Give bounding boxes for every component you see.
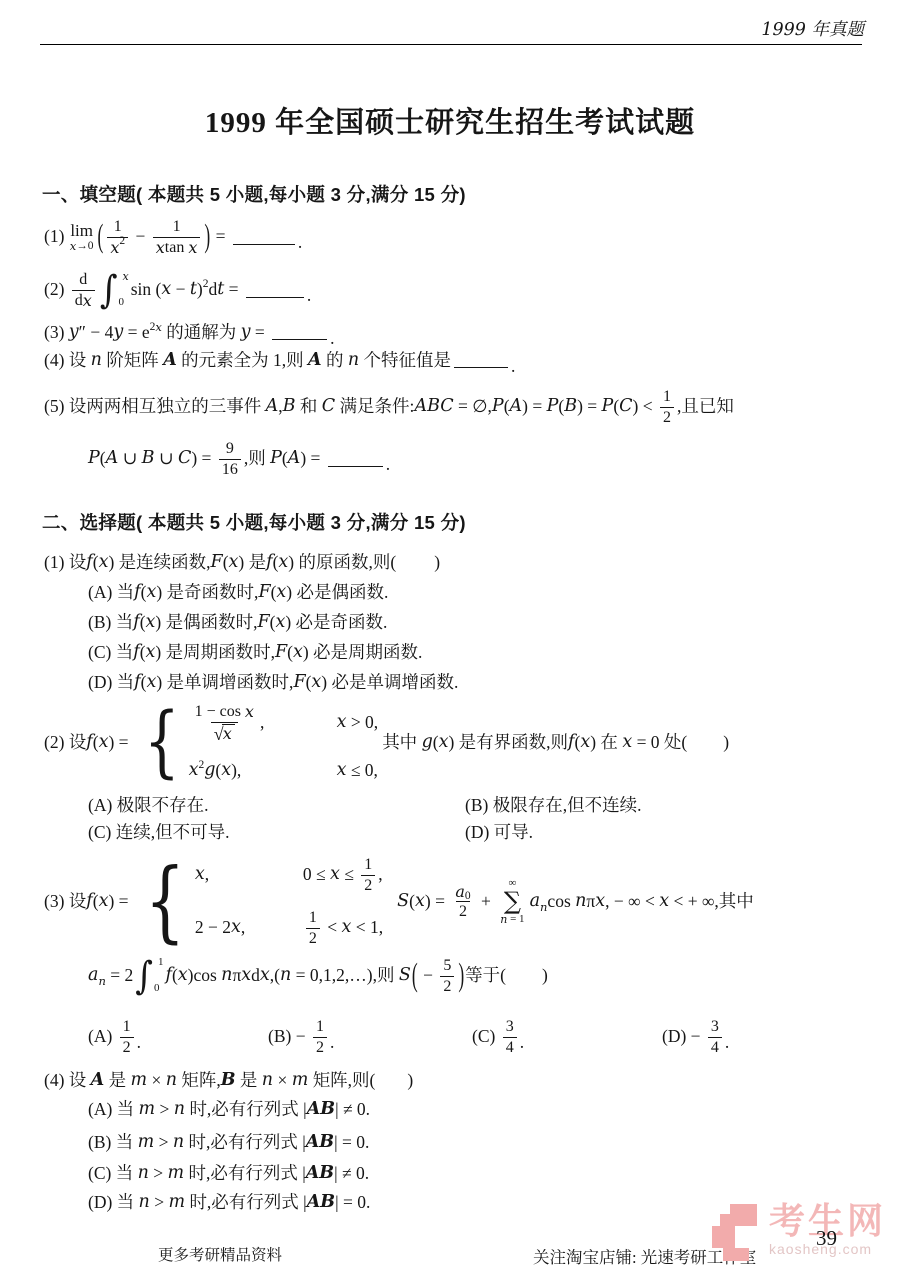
- text-segment: ): [407, 1070, 413, 1092]
- mi-segment: A: [288, 448, 301, 470]
- text-segment: ×: [273, 1070, 292, 1092]
- mi-segment: n: [262, 1070, 273, 1092]
- text-segment: ) 必是周期函数.: [303, 642, 423, 664]
- mi-segment: m: [167, 1163, 184, 1185]
- text-segment: 时,必有行列式 |: [185, 1099, 307, 1121]
- mi-segment: ABC: [414, 396, 453, 418]
- mi-segment: C: [178, 448, 191, 470]
- mi-segment: B: [283, 396, 296, 418]
- num-segment: 1 − cos x: [192, 703, 257, 722]
- text-segment: 1: [173, 218, 181, 236]
- text-segment: = 2: [106, 965, 133, 987]
- text-segment: π: [232, 965, 241, 987]
- s1-q2: (2) ddx∫x0sin (x − t)2dt = .: [44, 270, 311, 310]
- text-segment: 矩阵,: [177, 1070, 221, 1092]
- text-segment: 1: [309, 909, 317, 927]
- text-segment: (3) 设: [44, 891, 86, 913]
- text-segment: = ∅,: [454, 396, 492, 418]
- num-segment: a0: [452, 883, 473, 902]
- den-segment: dx: [72, 290, 95, 310]
- mi-segment: x: [99, 891, 109, 913]
- text-segment: (1): [44, 226, 69, 248]
- text-segment: d: [209, 279, 218, 301]
- mi-segment: n: [91, 350, 102, 372]
- text-segment: ) =: [108, 732, 132, 754]
- text-segment: ) 是连续函数,: [108, 552, 210, 574]
- mi-segment: x: [311, 672, 321, 694]
- mi-segment: m: [130, 1070, 147, 1092]
- text-segment: (A) 极限不存在.: [88, 795, 209, 817]
- text-segment: ≤: [340, 864, 358, 886]
- text-segment: ∪: [155, 448, 178, 470]
- text-segment: ″ − 4: [79, 322, 114, 344]
- text-segment: ) 在: [590, 732, 622, 754]
- sub-segment: 0: [465, 890, 471, 903]
- den-segment: 4: [708, 1037, 722, 1057]
- il-segment: x0: [119, 270, 129, 310]
- num-segment: 1: [111, 218, 125, 237]
- mi-segment: x: [580, 732, 590, 754]
- text-segment: ) =: [191, 448, 215, 470]
- header-rule: [40, 44, 862, 45]
- mi-segment: x: [278, 552, 288, 574]
- mbi-segment: A: [163, 350, 177, 372]
- cr-segment: 1 − cos x√x,x > 0,x2g(x),x ≤ 0,: [189, 703, 379, 782]
- sb-segment: n = 1: [500, 914, 524, 925]
- lo-segment: .: [520, 1032, 524, 1054]
- logo-block: [720, 1214, 731, 1226]
- text-segment: <: [323, 917, 342, 939]
- text-segment: (B) 当: [88, 1132, 138, 1154]
- text-segment: +: [477, 891, 496, 913]
- text-segment: (D) 可导.: [465, 822, 533, 844]
- den-segment: 2: [660, 407, 674, 427]
- mi-segment: F: [257, 612, 269, 634]
- mi-segment: A: [266, 396, 279, 418]
- text-segment: 个特征值是: [359, 350, 451, 372]
- frac-segment: a02: [452, 883, 473, 921]
- lo-segment: .: [725, 1032, 729, 1054]
- text-segment: 0: [154, 982, 160, 996]
- den-segment: 2: [440, 976, 454, 996]
- text-segment: = 1: [507, 914, 524, 925]
- text-segment: ) 的原函数,则(: [288, 552, 396, 574]
- mi-segment: P: [88, 448, 100, 470]
- frac-segment: 916: [219, 440, 241, 478]
- frac-segment: 34: [708, 1018, 722, 1056]
- sup-segment: 2: [198, 758, 204, 772]
- kaosheng-watermark: 考生网 kaosheng.com: [712, 1200, 886, 1262]
- sup-segment: 2: [119, 235, 125, 248]
- mi-segment: y: [69, 322, 79, 344]
- text-segment: (B) −: [268, 1026, 310, 1048]
- logo-block: [712, 1226, 735, 1248]
- text-segment: ): [542, 965, 548, 987]
- text-segment: ) 是单调增函数时,: [156, 672, 293, 694]
- text-segment: (C) 当: [88, 1163, 138, 1185]
- cb-segment: {: [144, 711, 180, 773]
- mi-segment: x: [337, 712, 347, 734]
- den-segment: xtan x: [153, 237, 201, 257]
- mi-segment: x: [415, 891, 425, 913]
- text-segment: (2) 设: [44, 732, 86, 754]
- num-segment: 1: [120, 1018, 134, 1037]
- mi-segment: x: [241, 965, 251, 987]
- text-segment: 2 − 2: [195, 917, 231, 939]
- s1-q1: (1) limx→0(1x2 − 1xtan x) = .: [44, 218, 302, 256]
- text-segment: (C) 当: [88, 642, 133, 664]
- text-segment: =: [224, 279, 243, 301]
- case-c2-segment: 12 < x < 1,: [303, 909, 383, 947]
- mi-segment: n: [174, 1099, 185, 1121]
- text-segment: ∪: [118, 448, 141, 470]
- s1-q3: (3) y″ − 4y = e2x 的通解为 y = .: [44, 322, 335, 344]
- mi-segment: t: [190, 279, 197, 301]
- den-segment: 2: [361, 875, 375, 895]
- s2-q4-option-b: (B) 当 m > n 时,必有行列式 |AB| = 0.: [88, 1132, 369, 1154]
- den-segment: 16: [219, 459, 241, 479]
- mi-segment: F: [258, 582, 270, 604]
- text-segment: ) 是偶函数时,: [155, 612, 257, 634]
- s2-q4-stem: (4) 设 A 是 m × n 矩阵,B 是 n × m 矩阵,则(): [44, 1070, 413, 1092]
- text-segment: ) 必是偶函数.: [286, 582, 388, 604]
- mi-segment: m: [138, 1132, 155, 1154]
- s2-q3-option-d: (D) − 34.: [662, 1018, 729, 1056]
- lim-segment: limx→0: [70, 222, 94, 253]
- text-segment: >: [149, 1163, 168, 1185]
- text-segment: 二、选择题( 本题共 5 小题,每小题 3 分,满分 15 分): [42, 511, 466, 534]
- mi-segment: x: [189, 760, 199, 782]
- sup-segment: x: [155, 320, 162, 334]
- text-segment: cos: [547, 891, 575, 913]
- case-c2-segment: 0 ≤ x ≤ 12,: [303, 856, 383, 894]
- mi-segment: n: [138, 1163, 149, 1185]
- mi-segment: g: [422, 732, 433, 754]
- num-segment: 1: [306, 909, 320, 928]
- mi-segment: a: [455, 883, 465, 901]
- frac-segment: 12: [660, 388, 674, 426]
- s2-q4-option-d: (D) 当 n > m 时,必有行列式 |AB| = 0.: [88, 1192, 370, 1214]
- cb-segment: {: [145, 866, 185, 936]
- case-c1-segment: x,: [195, 864, 303, 886]
- lo-segment: .: [298, 232, 302, 254]
- text-segment: tan: [165, 239, 189, 257]
- text-segment: (C): [472, 1026, 500, 1048]
- mi-segment: n: [166, 1070, 177, 1092]
- mi-segment: n: [139, 1192, 150, 1214]
- mi-segment: x: [275, 612, 285, 634]
- sup-segment: 2: [203, 277, 209, 291]
- frac-segment: 34: [503, 1018, 517, 1056]
- section2-heading: 二、选择题( 本题共 5 小题,每小题 3 分,满分 15 分): [42, 511, 466, 534]
- mi-segment: a: [88, 965, 98, 987]
- case-c1-segment: 1 − cos x√x,: [189, 703, 337, 743]
- text-segment: 2: [459, 903, 467, 921]
- text-segment: 是: [104, 1070, 130, 1092]
- case-row-segment: 1 − cos x√x,x > 0,: [189, 703, 379, 743]
- text-segment: ),: [231, 760, 241, 782]
- frac-segment: 1xtan x: [153, 218, 201, 256]
- text-segment: ) 是有界函数,则: [448, 732, 568, 754]
- text-segment: 阶矩阵: [102, 350, 163, 372]
- mbi-segment: A: [308, 350, 322, 372]
- mi-segment: F: [211, 552, 223, 574]
- text-segment: 满足条件:: [335, 396, 414, 418]
- bigp-segment: (: [412, 955, 418, 997]
- frac-segment: 1 − cos x√x: [192, 703, 257, 743]
- den-segment: x2: [107, 237, 128, 257]
- mi-segment: y: [113, 322, 123, 344]
- id-segment: 0: [119, 296, 129, 310]
- text-segment: 的元素全为 1,则: [177, 350, 308, 372]
- text-segment: d: [79, 271, 87, 289]
- s2-q3-option-c: (C) 34.: [472, 1018, 524, 1056]
- mi-segment: C: [322, 396, 335, 418]
- mi-segment: F: [275, 642, 287, 664]
- frac-segment: 12: [313, 1018, 327, 1056]
- mi-segment: A: [510, 396, 523, 418]
- text-segment: ) =: [577, 396, 601, 418]
- mbi-segment: AB: [307, 1099, 335, 1121]
- page-number: 39: [816, 1226, 837, 1251]
- text-segment: ,: [260, 712, 264, 734]
- case-c1-segment: x2g(x),: [189, 760, 337, 782]
- text-segment: | = 0.: [335, 1192, 370, 1214]
- text-segment: (A): [88, 1026, 117, 1048]
- sum-segment: ∞∑n = 1: [500, 878, 524, 925]
- s2-q2-stem: (2) 设f(x) = {1 − cos x√x,x > 0,x2g(x),x …: [44, 703, 729, 782]
- s2-q3-option-b: (B) − 12.: [268, 1018, 334, 1056]
- mi-segment: y: [241, 322, 251, 344]
- text-segment: (1) 设: [44, 552, 86, 574]
- mi-segment: n: [575, 891, 586, 913]
- text-segment: ) <: [633, 396, 657, 418]
- s1-q5-line2: P(A ∪ B ∪ C) = 916,则 P(A) = .: [88, 440, 390, 478]
- mi-segment: x: [161, 279, 171, 301]
- mi-segment: x: [146, 642, 156, 664]
- text-segment: (4) 设: [44, 1070, 91, 1092]
- case-c2-segment: x > 0,: [337, 712, 379, 734]
- text-segment: = 0,1,2,…),则: [291, 965, 399, 987]
- bigp-segment: (: [98, 216, 104, 258]
- text-segment: (4) 设: [44, 350, 91, 372]
- bigp-segment: ): [458, 955, 464, 997]
- text-segment: 0: [119, 296, 125, 310]
- int-segment: ∫10: [135, 956, 163, 996]
- mi-segment: S: [397, 891, 409, 913]
- mbi-segment: AB: [306, 1132, 334, 1154]
- ig-segment: ∫: [100, 271, 118, 309]
- mi-segment: x: [146, 672, 156, 694]
- text-segment: 2: [364, 877, 372, 895]
- text-segment: d: [251, 965, 260, 987]
- text-segment: ): [434, 552, 440, 574]
- text-segment: 0 ≤: [303, 864, 330, 886]
- text-segment: sin (: [131, 279, 162, 301]
- mi-segment: x: [223, 725, 232, 743]
- text-segment: 5: [443, 957, 451, 975]
- num-segment: 5: [440, 957, 454, 976]
- frac-segment: 1x2: [107, 218, 128, 256]
- text-segment: 4: [711, 1039, 719, 1057]
- text-segment: ) 必是单调增函数.: [321, 672, 458, 694]
- text-segment: (2): [44, 279, 69, 301]
- text-segment: 一、填空题( 本题共 5 小题,每小题 3 分,满分 15 分): [42, 183, 466, 206]
- den-segment: 4: [503, 1037, 517, 1057]
- frac-segment: 12: [361, 856, 375, 894]
- text-segment: ) =: [300, 448, 324, 470]
- text-segment: (3): [44, 322, 69, 344]
- text-segment: −: [171, 279, 190, 301]
- mi-segment: x: [342, 917, 352, 939]
- sub-segment: n: [98, 974, 105, 988]
- blank-segment: [328, 466, 383, 467]
- s2-q1-option-c: (C) 当f(x) 是周期函数时,F(x) 必是周期函数.: [88, 642, 422, 664]
- s2-q2-option-c: (C) 连续,但不可导.: [88, 822, 229, 844]
- text-segment: 时,必有行列式 |: [184, 1163, 306, 1185]
- text-segment: ): [723, 732, 729, 754]
- rc-segment: x: [222, 724, 235, 743]
- text-segment: ) 是周期函数时,: [155, 642, 275, 664]
- num-segment: 3: [503, 1018, 517, 1037]
- lt-segment: lim: [70, 222, 93, 239]
- frac-segment: ddx: [72, 271, 95, 309]
- case-row-segment: x,0 ≤ x ≤ 12,: [195, 856, 383, 894]
- text-segment: ) =: [108, 891, 132, 913]
- text-segment: )cos: [188, 965, 222, 987]
- lo-segment: .: [307, 285, 311, 307]
- mi-segment: x: [195, 864, 205, 886]
- text-segment: 1: [158, 956, 164, 970]
- section1-heading: 一、填空题( 本题共 5 小题,每小题 3 分,满分 15 分): [42, 183, 466, 206]
- mi-segment: F: [293, 672, 305, 694]
- text-segment: (B) 当: [88, 612, 133, 634]
- text-segment: 是: [236, 1070, 262, 1092]
- lo-segment: .: [330, 328, 334, 350]
- s2-q4-option-c: (C) 当 n > m 时,必有行列式 |AB| ≠ 0.: [88, 1163, 369, 1185]
- mi-segment: x: [245, 703, 254, 721]
- text-segment: 的: [322, 350, 348, 372]
- text-segment: 时,必有行列式 |: [184, 1132, 306, 1154]
- mi-segment: x: [178, 965, 188, 987]
- lo-segment: .: [511, 356, 515, 378]
- text-segment: (D) −: [662, 1026, 705, 1048]
- mi-segment: x: [146, 612, 156, 634]
- text-segment: ≤ 0,: [346, 760, 377, 782]
- text-segment: | = 0.: [334, 1132, 369, 1154]
- text-segment: ×: [147, 1070, 166, 1092]
- mbi-segment: B: [221, 1070, 236, 1092]
- mi-segment: x: [622, 732, 632, 754]
- mi-segment: B: [142, 448, 155, 470]
- mi-segment: g: [204, 760, 215, 782]
- sub-segment: n: [540, 900, 547, 914]
- text-segment: 其中: [382, 732, 421, 754]
- s2-q3-option-a: (A) 12.: [88, 1018, 141, 1056]
- text-segment: >: [150, 1192, 169, 1214]
- ig-segment: ∫: [135, 957, 153, 995]
- text-segment: 2: [309, 930, 317, 948]
- text-segment: d: [75, 292, 83, 310]
- text-segment: ) 必是奇函数.: [285, 612, 387, 634]
- s2-q1-option-d: (D) 当f(x) 是单调增函数时,F(x) 必是单调增函数.: [88, 672, 458, 694]
- text-segment: ,(: [270, 965, 280, 987]
- den-segment: 2: [120, 1037, 134, 1057]
- mi-segment: A: [106, 448, 119, 470]
- mi-segment: m: [139, 1099, 156, 1121]
- footer-left-text: 更多考研精品资料: [158, 1243, 282, 1265]
- text-segment: >: [155, 1099, 174, 1121]
- text-segment: ) =: [425, 891, 449, 913]
- s2-q3-stem: (3) 设f(x) = {x,0 ≤ x ≤ 12,2 − 2x,12 < x …: [44, 856, 754, 947]
- blank-segment: [233, 244, 295, 245]
- frac-segment: 12: [120, 1018, 134, 1056]
- text-segment: ) 是: [238, 552, 266, 574]
- lo-segment: .: [330, 1032, 334, 1054]
- mi-segment: x: [188, 239, 197, 257]
- text-segment: ) 是奇函数时,: [156, 582, 258, 604]
- s1-q5-line1: (5) 设两两相互独立的三事件 A,B 和 C 满足条件:ABC = ∅,P(A…: [44, 388, 734, 426]
- text-segment: 16: [222, 461, 238, 479]
- mi-segment: x: [83, 292, 92, 310]
- text-segment: < 1,: [351, 917, 383, 939]
- mi-segment: x: [229, 552, 239, 574]
- case-c2-segment: x ≤ 0,: [337, 760, 378, 782]
- num-segment: 9: [223, 440, 237, 459]
- mi-segment: P: [492, 396, 504, 418]
- mi-segment: t: [217, 279, 224, 301]
- header-tag: 1999 年真题: [761, 16, 864, 41]
- text-segment: 2: [663, 409, 671, 427]
- text-segment: 4: [506, 1039, 514, 1057]
- text-segment: π: [586, 891, 595, 913]
- mi-segment: x: [439, 732, 449, 754]
- kaosheng-logo-icon: [712, 1200, 760, 1262]
- text-segment: 1 − cos: [195, 703, 245, 721]
- text-segment: (A) 当: [88, 582, 134, 604]
- text-segment: 9: [226, 440, 234, 458]
- s2-q1-option-b: (B) 当f(x) 是偶函数时,F(x) 必是奇函数.: [88, 612, 387, 634]
- text-segment: 2: [443, 978, 451, 996]
- text-segment: ,: [241, 917, 245, 939]
- text-segment: 2: [316, 1039, 324, 1057]
- lo-segment: .: [386, 454, 390, 476]
- mi-segment: x: [293, 642, 303, 664]
- s2-q1-stem: (1) 设f(x) 是连续函数,F(x) 是f(x) 的原函数,则(): [44, 552, 440, 574]
- text-segment: (5) 设两两相互独立的三事件: [44, 396, 266, 418]
- mi-segment: x: [146, 582, 156, 604]
- sg-segment: ∑: [504, 890, 521, 913]
- mi-segment: n: [173, 1132, 184, 1154]
- text-segment: ,且已知: [677, 396, 734, 418]
- case-row-segment: 2 − 2x,12 < x < 1,: [195, 909, 383, 947]
- iu-segment: 1: [158, 956, 164, 970]
- text-segment: | ≠ 0.: [335, 1099, 370, 1121]
- text-segment: (C) 连续,但不可导.: [88, 822, 229, 844]
- text-segment: >: [154, 1132, 173, 1154]
- text-segment: 的通解为: [162, 322, 241, 344]
- num-segment: 1: [170, 218, 184, 237]
- text-segment: 和: [296, 396, 322, 418]
- mi-segment: m: [168, 1192, 185, 1214]
- id-segment: 0: [154, 982, 164, 996]
- text-segment: 1: [364, 856, 372, 874]
- cases-segment: {1 − cos x√x,x > 0,x2g(x),x ≤ 0,: [137, 703, 378, 782]
- logo-block: [730, 1204, 757, 1226]
- mbi-segment: A: [91, 1070, 105, 1092]
- den-segment: 2: [313, 1037, 327, 1057]
- mi-segment: C: [619, 396, 632, 418]
